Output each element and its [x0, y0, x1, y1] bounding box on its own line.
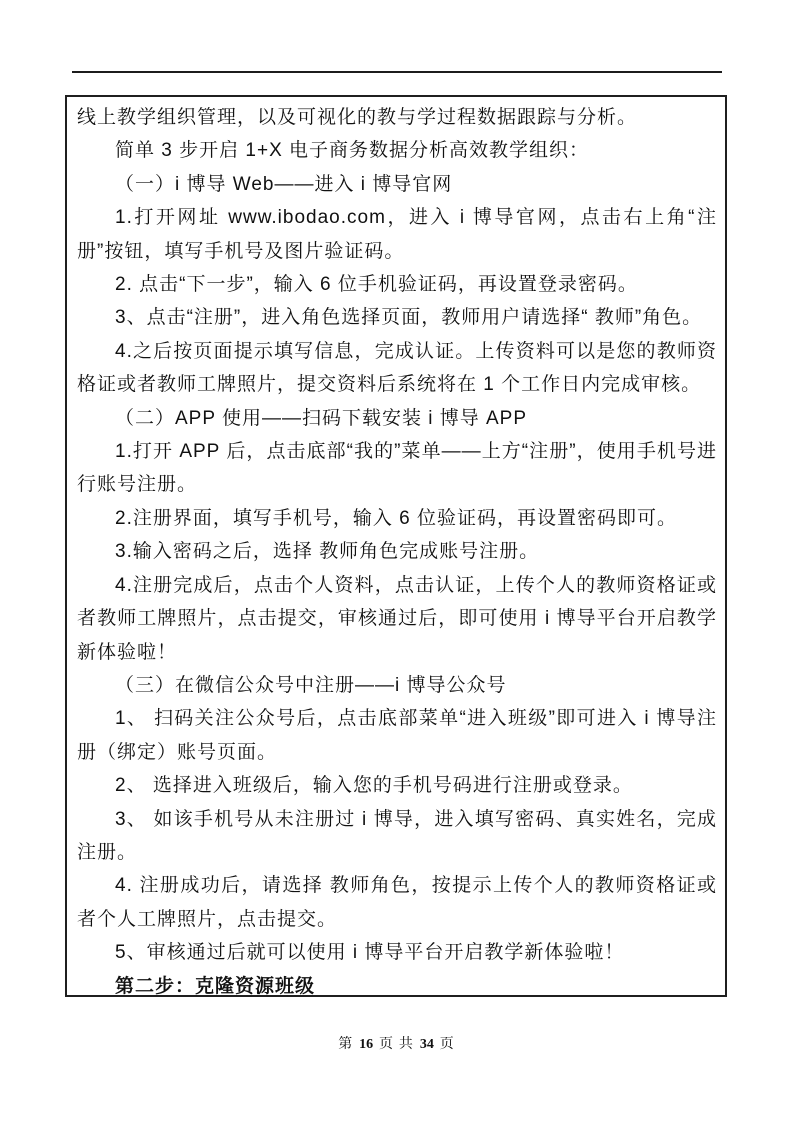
paragraph: 3.输入密码之后，选择 教师角色完成账号注册。 [77, 535, 717, 568]
document-body: 线上教学组织管理，以及可视化的教与学过程数据跟踪与分析。简单 3 步开启 1+X… [77, 101, 717, 997]
paragraph: 3、 如该手机号从未注册过 i 博导，进入填写密码、真实姓名，完成注册。 [77, 803, 717, 870]
footer-total-pages: 34 [419, 1037, 435, 1052]
paragraph: 1.打开 APP 后，点击底部“我的”菜单——上方“注册”，使用手机号进行账号注… [77, 435, 717, 502]
paragraph: 4.之后按页面提示填写信息，完成认证。上传资料可以是您的教师资格证或者教师工牌照… [77, 335, 717, 402]
header-divider [72, 71, 722, 73]
paragraph: 4. 注册成功后，请选择 教师角色，按提示上传个人的教师资格证或者个人工牌照片，… [77, 869, 717, 936]
page-footer: 第 16 页 共 34 页 [0, 1033, 793, 1053]
footer-label-infix: 页 共 [374, 1035, 419, 1051]
footer-label-suffix: 页 [435, 1035, 455, 1051]
section-heading: 第二步：克隆资源班级 [77, 970, 717, 997]
document-page: { "colors": { "background": "#ffffff", "… [0, 0, 793, 1122]
paragraph: 2. 点击“下一步”，输入 6 位手机验证码，再设置登录密码。 [77, 268, 717, 301]
paragraph: （二）APP 使用——扫码下载安装 i 博导 APP [77, 402, 717, 435]
paragraph: 简单 3 步开启 1+X 电子商务数据分析高效教学组织： [77, 134, 717, 167]
footer-page-number: 16 [358, 1037, 374, 1052]
content-frame: 线上教学组织管理，以及可视化的教与学过程数据跟踪与分析。简单 3 步开启 1+X… [65, 95, 727, 997]
paragraph: 2、 选择进入班级后，输入您的手机号码进行注册或登录。 [77, 769, 717, 802]
paragraph: 1.打开网址 www.ibodao.com，进入 i 博导官网，点击右上角“注册… [77, 201, 717, 268]
footer-label-prefix: 第 [338, 1035, 358, 1051]
paragraph: （一）i 博导 Web——进入 i 博导官网 [77, 168, 717, 201]
paragraph: 3、点击“注册”，进入角色选择页面，教师用户请选择“ 教师”角色。 [77, 301, 717, 334]
paragraph: 1、 扫码关注公众号后，点击底部菜单“进入班级”即可进入 i 博导注册（绑定）账… [77, 702, 717, 769]
paragraph: （三）在微信公众号中注册——i 博导公众号 [77, 669, 717, 702]
paragraph: 线上教学组织管理，以及可视化的教与学过程数据跟踪与分析。 [77, 101, 717, 134]
paragraph: 5、审核通过后就可以使用 i 博导平台开启教学新体验啦！ [77, 936, 717, 969]
paragraph: 2.注册界面，填写手机号，输入 6 位验证码，再设置密码即可。 [77, 502, 717, 535]
paragraph: 4.注册完成后，点击个人资料，点击认证，上传个人的教师资格证或者教师工牌照片，点… [77, 569, 717, 669]
